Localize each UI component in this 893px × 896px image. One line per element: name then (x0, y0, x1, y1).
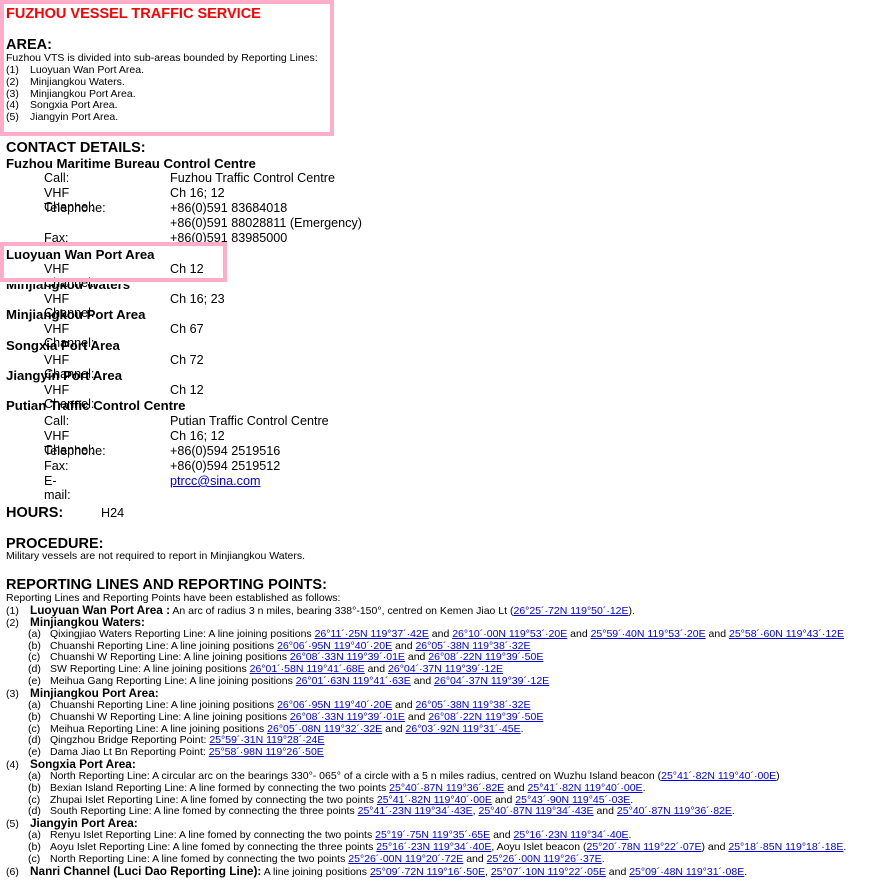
section-title: Nanri Channel (Luci Dao Reporting Line): (30, 864, 261, 878)
position-link[interactable]: 25°43´·90N 119°45´·03E (515, 794, 630, 806)
position-link[interactable]: 26°25´·72N 119°50´·12E (513, 605, 628, 617)
position-link[interactable]: 25°59´·31N 119°28´·24E (209, 734, 324, 746)
position-link[interactable]: 26°04´·37N 119°39´·12E (388, 663, 503, 675)
telephone-value: +86(0)591 83684018 (170, 201, 287, 215)
position-link[interactable]: 26°05´·38N 119°38´·32E (415, 640, 530, 652)
item-text: Minjiangkou Port Area. (30, 88, 136, 100)
item-letter: (a) (6, 700, 50, 712)
position-link[interactable]: 25°09´·72N 119°16´·50E (370, 866, 485, 878)
position-link[interactable]: 25°16´·23N 119°34´·40E (514, 829, 629, 841)
emergency-telephone-value: +86(0)591 88028811 (Emergency) (170, 216, 362, 230)
position-link[interactable]: 25°40´·87N 119°34´·43E (479, 805, 594, 817)
fuzhou-centre-name: Fuzhou Maritime Bureau Control Centre (6, 156, 256, 171)
position-link[interactable]: 26°08´·22N 119°39´·50E (428, 711, 543, 723)
item-number: (2) (6, 77, 30, 89)
call-label: Call: (44, 171, 69, 185)
reporting-section: (6)Nanri Channel (Luci Dao Reporting Lin… (6, 866, 747, 879)
fax-value: +86(0)594 2519512 (170, 459, 280, 473)
vhf-value: Ch 16; 12 (170, 429, 225, 443)
jiangyin-name: Jiangyin Port Area (6, 368, 122, 383)
procedure-text: Military vessels are not required to rep… (6, 551, 305, 563)
telephone-label: Telephone: (44, 444, 106, 458)
position-link[interactable]: 25°58´·98N 119°26´·50E (209, 746, 324, 758)
position-link[interactable]: 25°20´·78N 119°22´·07E (586, 841, 701, 853)
call-label: Call: (44, 414, 69, 428)
page-title: FUZHOU VESSEL TRAFFIC SERVICE (6, 6, 261, 22)
call-value: Putian Traffic Control Centre (170, 414, 329, 428)
position-link[interactable]: 26°08´·33N 119°39´·01E (290, 711, 405, 723)
position-link[interactable]: 25°19´·75N 119°35´·65E (375, 829, 490, 841)
putian-centre-name: Putian Traffic Control Centre (6, 398, 186, 413)
item-text: Songxia Port Area. (30, 99, 118, 111)
position-link[interactable]: 25°41´·82N 119°40´·00E (377, 794, 492, 806)
position-link[interactable]: 25°18´·85N 119°18´·18E (728, 841, 843, 853)
position-link[interactable]: 26°05´·38N 119°38´·32E (415, 699, 530, 711)
position-link[interactable]: 25°07´·10N 119°22´·05E (491, 866, 606, 878)
area-list: (1)Luoyuan Wan Port Area.(2)Minjiangkou … (6, 65, 144, 124)
position-link[interactable]: 26°06´·95N 119°40´·20E (277, 699, 392, 711)
position-link[interactable]: 25°40´·87N 119°36´·82E (389, 782, 504, 794)
fax-value: +86(0)591 83985000 (170, 231, 287, 245)
section-title: Minjiangkou Waters: (30, 615, 145, 629)
position-link[interactable]: 25°58´·60N 119°43´·12E (729, 628, 844, 640)
telephone-label: Telephone: (44, 201, 106, 215)
fax-label: Fax: (44, 459, 69, 473)
position-link[interactable]: 26°10´·00N 119°53´·20E (452, 628, 567, 640)
item-letter: (a) (6, 771, 50, 783)
telephone-value: +86(0)594 2519516 (170, 444, 280, 458)
position-link[interactable]: 26°08´·22N 119°39´·50E (428, 651, 543, 663)
position-link[interactable]: 25°26´·00N 119°20´·72E (348, 853, 463, 865)
item-text: Luoyuan Wan Port Area. (30, 64, 144, 76)
item-text: Minjiangkou Waters. (30, 76, 125, 88)
position-link[interactable]: 25°59´·40N 119°53´·20E (591, 628, 706, 640)
position-link[interactable]: 26°04´·37N 119°39´·12E (434, 675, 549, 687)
item-text: Jiangyin Port Area. (30, 111, 118, 123)
position-link[interactable]: 26°03´·92N 119°31´·45E (406, 723, 521, 735)
vhf-value: Ch 72 (170, 353, 204, 367)
item-letter: (a) (6, 629, 50, 641)
position-link[interactable]: 26°05´·08N 119°32´·32E (267, 723, 382, 735)
area-heading: AREA: (6, 37, 52, 53)
item-number: (5) (6, 112, 30, 124)
position-link[interactable]: 26°06´·95N 119°40´·20E (277, 640, 392, 652)
position-link[interactable]: 25°16´·23N 119°34´·40E (376, 841, 491, 853)
position-link[interactable]: 26°11´·25N 119°37´·42E (315, 628, 429, 640)
section-title: Songxia Port Area: (30, 757, 136, 771)
contact-heading: CONTACT DETAILS: (6, 140, 146, 156)
position-link[interactable]: 26°01´·63N 119°41´·63E (296, 675, 411, 687)
position-link[interactable]: 26°01´·58N 119°41´·68E (250, 663, 365, 675)
vhf-value: Ch 67 (170, 322, 204, 336)
vhf-value: Ch 16; 12 (170, 186, 225, 200)
call-value: Fuzhou Traffic Control Centre (170, 171, 335, 185)
hours-value: H24 (101, 506, 124, 520)
fax-label: Fax: (44, 231, 69, 245)
email-link[interactable]: ptrcc@sina.com (170, 474, 260, 488)
section-number: (6) (6, 867, 30, 879)
vhf-value: Ch 12 (170, 383, 204, 397)
position-link[interactable]: 26°08´·33N 119°39´·01E (290, 651, 405, 663)
position-link[interactable]: 25°41´·82N 119°40´·00E (661, 770, 776, 782)
vhf-value: Ch 16; 23 (170, 292, 225, 306)
hours-label: HOURS: (6, 505, 63, 521)
position-link[interactable]: 25°26´·00N 119°26´·37E (487, 853, 602, 865)
songxia-name: Songxia Port Area (6, 338, 120, 353)
position-link[interactable]: 25°09´·48N 119°31´·08E (629, 866, 744, 878)
position-link[interactable]: 25°41´·23N 119°34´·43E (358, 805, 473, 817)
item-letter: (b) (6, 783, 50, 795)
reporting-heading: REPORTING LINES AND REPORTING POINTS: (6, 577, 327, 593)
position-link[interactable]: 25°40´·87N 119°36´·82E (617, 805, 732, 817)
item-letter: (b) (6, 712, 50, 724)
minjiangkou-port-name: Minjiangkou Port Area (6, 307, 145, 322)
section-title: Minjiangkou Port Area: (30, 686, 159, 700)
vhf-value: Ch 12 (170, 262, 204, 276)
position-link[interactable]: 25°41´·82N 119°40´·00E (528, 782, 643, 794)
email-label: E-mail: (44, 474, 71, 502)
area-list-item: (5)Jiangyin Port Area. (6, 112, 144, 124)
